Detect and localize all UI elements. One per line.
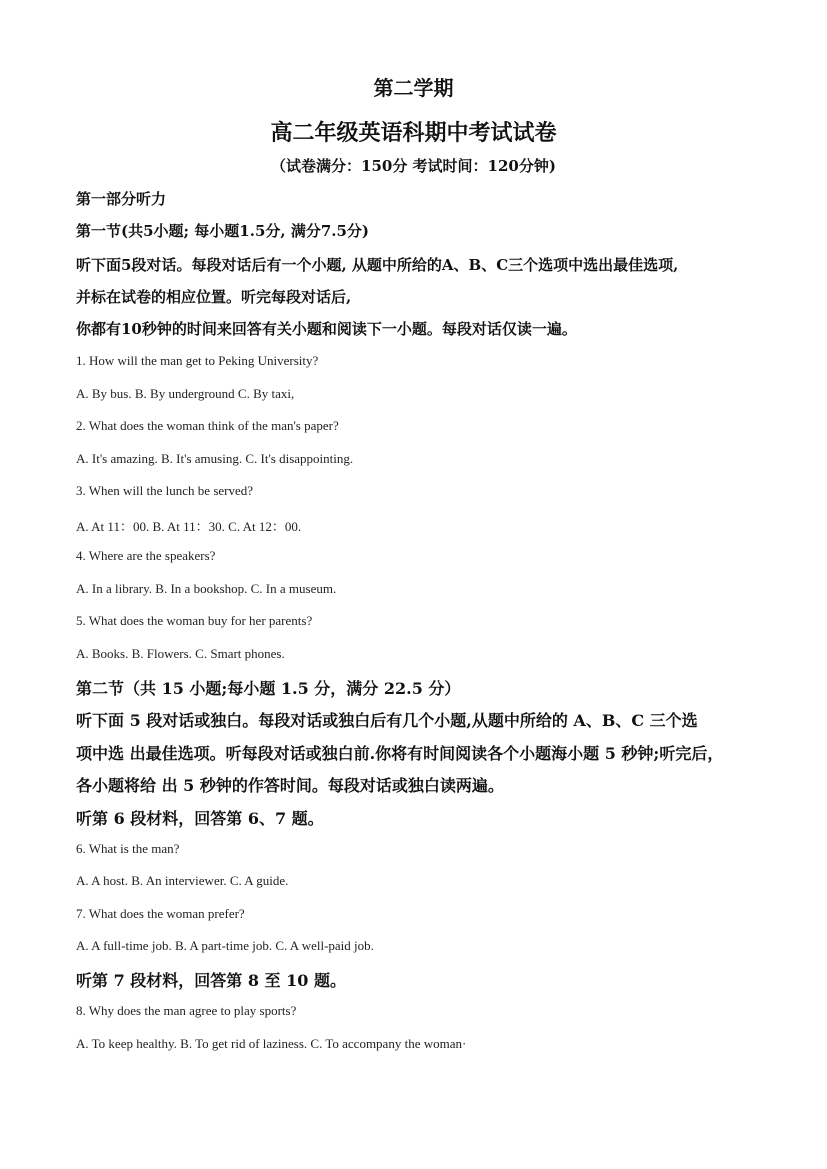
question-3-options: A. At 11：00. B. At 11：30. C. At 12：00.	[76, 516, 301, 535]
material7-title: 听第 7 段材料，回答第 8 至 10 题。	[76, 968, 346, 991]
section1-instruction-1: 听下面5段对话。每段对话后有一个小题, 从题中所给的A、B、C三个选项中选出最佳…	[76, 254, 678, 275]
question-8: 8. Why does the man agree to play sports…	[76, 1003, 296, 1019]
exam-subtitle: （试卷满分：150分 考试时间：120分钟)	[0, 155, 827, 176]
term-heading: 第二学期	[0, 72, 827, 101]
question-6-options: A. A host. B. An interviewer. C. A guide…	[76, 873, 288, 889]
question-1-options: A. By bus. B. By underground C. By taxi,	[76, 386, 294, 402]
section2-instruction-1: 听下面 5 段对话或独白。每段对话或独白后有几个小题,从题中所给的 A、B、C …	[76, 708, 698, 731]
question-5-options: A. Books. B. Flowers. C. Smart phones.	[76, 646, 285, 662]
question-4: 4. Where are the speakers?	[76, 548, 215, 564]
section2-instruction-3: 各小题将给 出 5 秒钟的作答时间。每段对话或独白读两遍。	[76, 773, 504, 796]
exam-title: 高二年级英语科期中考试试卷	[0, 116, 827, 147]
part1-title: 第一部分听力	[76, 188, 166, 209]
question-3: 3. When will the lunch be served?	[76, 483, 253, 499]
exam-page: 第二学期 高二年级英语科期中考试试卷 （试卷满分：150分 考试时间：120分钟…	[0, 0, 827, 1169]
question-2: 2. What does the woman think of the man'…	[76, 418, 339, 434]
section2-instruction-2: 项中选 出最佳选项。听每段对话或独白前.你将有时间阅读各个小题海小题 5 秒钟;…	[76, 741, 723, 764]
question-4-options: A. In a library. B. In a bookshop. C. In…	[76, 581, 336, 597]
section1-instruction-3: 你都有10秒钟的时间来回答有关小题和阅读下一小题。每段对话仅读一遍。	[76, 318, 577, 339]
question-5: 5. What does the woman buy for her paren…	[76, 613, 312, 629]
question-2-options: A. It's amazing. B. It's amusing. C. It'…	[76, 451, 353, 467]
question-1: 1. How will the man get to Peking Univer…	[76, 353, 318, 369]
question-6: 6. What is the man?	[76, 841, 179, 857]
material6-title: 听第 6 段材料，回答第 6、7 题。	[76, 806, 324, 829]
section1-instruction-2: 并标在试卷的相应位置。听完每段对话后,	[76, 286, 351, 307]
question-7: 7. What does the woman prefer?	[76, 906, 245, 922]
section1-title: 第一节(共5小题; 每小题1.5分, 满分7.5分)	[76, 220, 369, 241]
question-7-options: A. A full-time job. B. A part-time job. …	[76, 938, 374, 954]
question-8-options: A. To keep healthy. B. To get rid of laz…	[76, 1036, 466, 1052]
section2-title: 第二节（共 15 小题;每小题 1.5 分，满分 22.5 分）	[76, 676, 460, 699]
